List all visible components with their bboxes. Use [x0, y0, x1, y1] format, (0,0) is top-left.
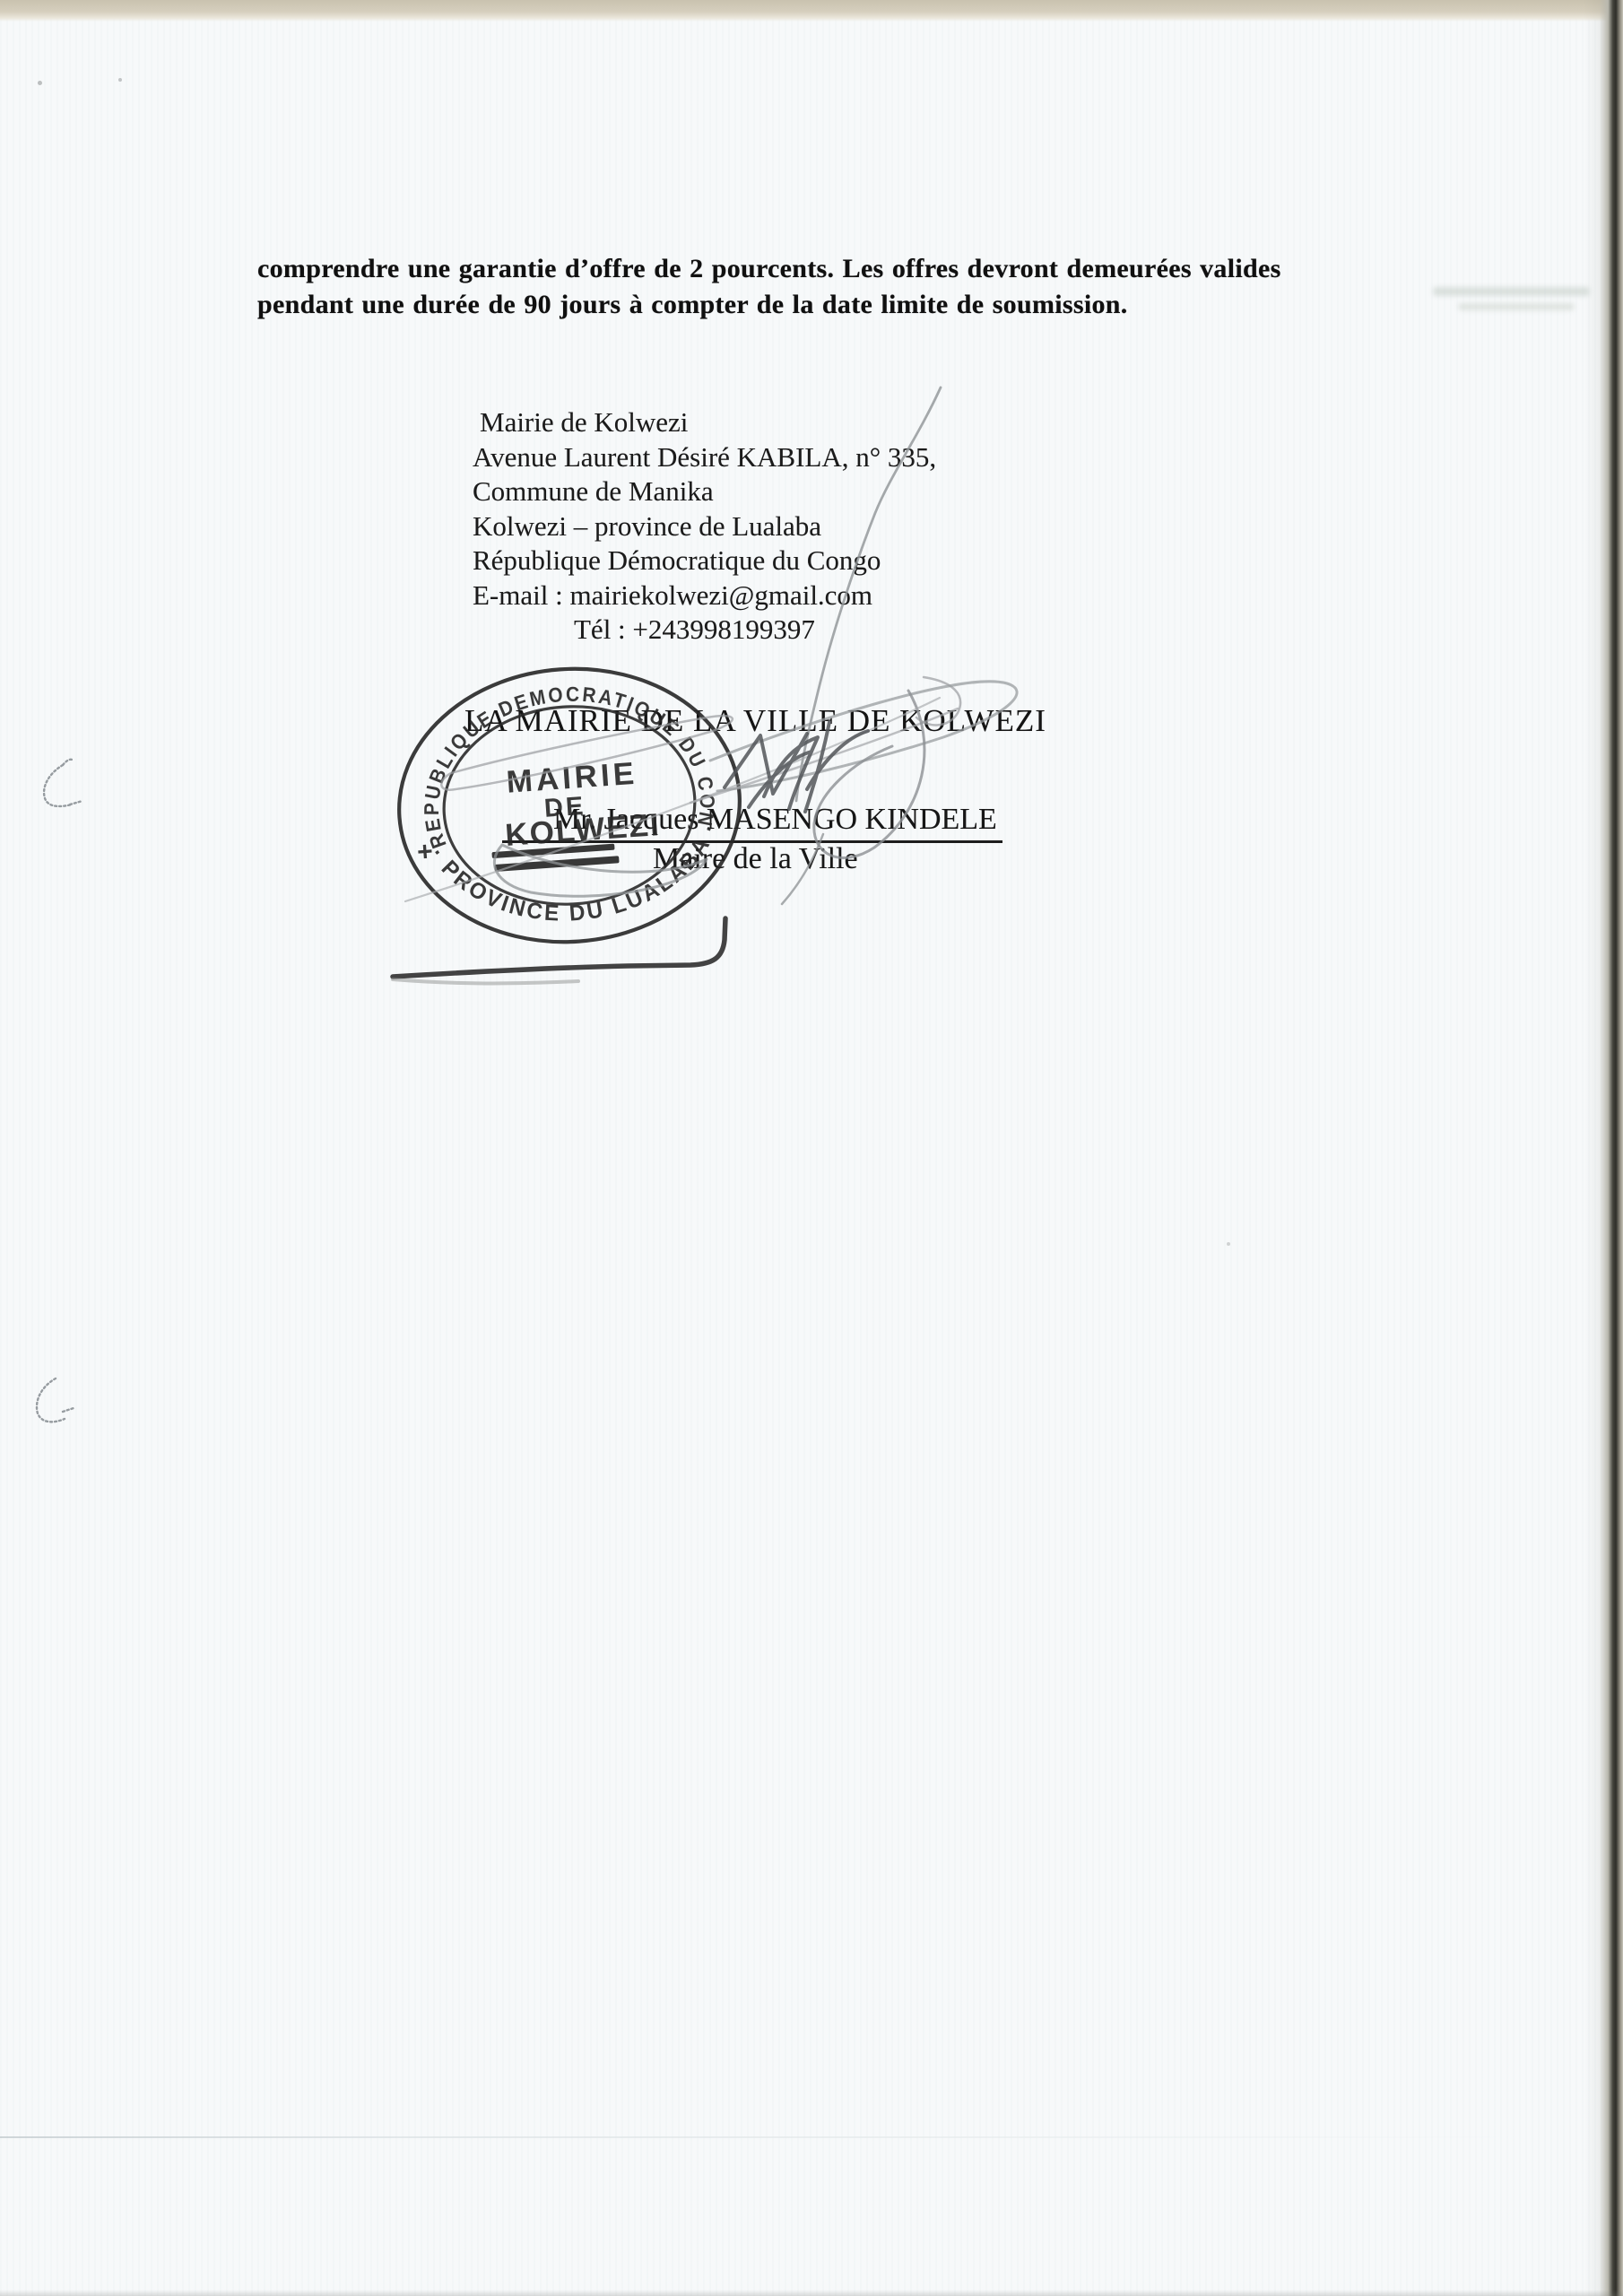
ink-bleed-through-marks: [1433, 283, 1599, 317]
address-line-phone: Tél : +243998199397: [473, 613, 936, 648]
main-paragraph: comprendre une garantie d’offre de 2 pou…: [257, 251, 1423, 323]
stamp-left-cross: +: [416, 837, 434, 867]
dust-speck: [118, 78, 122, 82]
address-block: Mairie de Kolwezi Avenue Laurent Désiré …: [473, 405, 936, 648]
paper-corner-line: [393, 918, 725, 977]
address-line-street: Avenue Laurent Désiré KABILA, n° 335,: [473, 440, 936, 475]
stamp-center-line1: MAIRIE: [505, 756, 638, 800]
scanner-top-strip: [0, 0, 1623, 22]
round-stamp: REPUBLIQUE DEMOCRATIQUE DU CONGO · PROVI…: [0, 0, 1623, 2296]
address-line-country: République Démocratique du Congo: [473, 544, 936, 578]
address-line-email: E-mail : mairiekolwezi@gmail.com: [473, 578, 936, 613]
paragraph-line: pendant une durée de 90 jours à compter …: [257, 287, 1423, 323]
address-line-organization: Mairie de Kolwezi: [473, 405, 936, 440]
dust-speck: [38, 81, 42, 85]
address-line-city-province: Kolwezi – province de Lualaba: [473, 509, 936, 544]
stamp-underline-bar: [494, 856, 619, 872]
bleed-line: [1458, 303, 1575, 310]
bleed-line: [1433, 287, 1590, 296]
address-line-commune: Commune de Manika: [473, 474, 936, 509]
paper-crease-line: [0, 2136, 1578, 2138]
scanned-document-page: comprendre une garantie d’offre de 2 pou…: [0, 0, 1623, 2296]
scanner-bottom-edge-shadow: [0, 2290, 1623, 2296]
handwriting-layer: [0, 0, 1623, 2296]
signatory-name-underlined: Mr. Jacques MASENGO KINDELE: [502, 803, 1002, 843]
paper-corner-line-shadow: [393, 979, 578, 983]
pen-arc-mark-lower: [37, 1378, 74, 1422]
paragraph-line: comprendre une garantie d’offre de 2 pou…: [257, 251, 1423, 287]
scanner-right-edge-line: [1584, 0, 1623, 2296]
stamp-underline-bar: [491, 844, 614, 859]
signature-block-title: LA MAIRIE DE LA VILLE DE KOLWEZI: [464, 703, 1046, 739]
pen-arc-mark-upper: [44, 760, 82, 806]
signatory-role: Maire de la Ville: [653, 842, 858, 876]
dust-speck: [1227, 1242, 1230, 1246]
